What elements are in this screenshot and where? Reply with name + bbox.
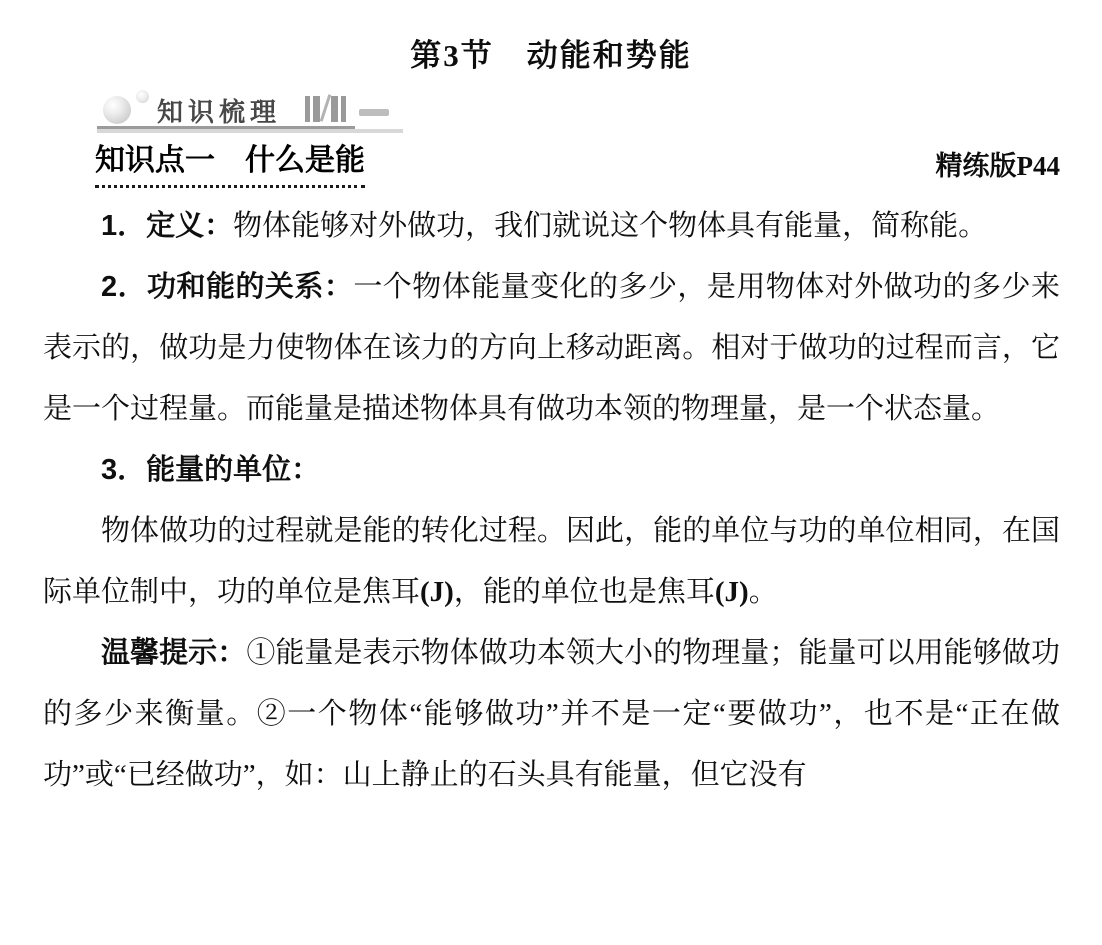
pearl-ball-icon [103,96,131,124]
book-slash [320,94,332,122]
book-bar [341,96,346,122]
paragraph: 物体做功的过程就是能的转化过程。因此，能的单位与功的单位相同，在国际单位制中，功… [43,501,1060,623]
books-icon [305,94,346,122]
body-text: 物体能够对外做功，我们就说这个物体具有能量，简称能。 [233,210,987,242]
paragraph: 3．能量的单位： [43,440,1060,501]
content: 1．定义：物体能够对外做功，我们就说这个物体具有能量，简称能。2．功和能的关系：… [43,196,1060,806]
lead-in-text: 3．能量的单位： [101,454,320,486]
lead-in-text: (J) [420,576,454,608]
paragraph: 温馨提示：①能量是表示物体做功本领大小的物理量；能量可以用能够做功的多少来衡量。… [43,623,1060,806]
book-bar [305,96,310,122]
section-heading: 知识点一 什么是能 [95,141,365,188]
lead-in-text: 温馨提示： [101,637,246,669]
body-text: 。 [749,576,778,608]
banner-dash-icon [359,109,389,116]
banner-label: 知识梳理 [157,92,281,129]
pearl-dot-icon [136,90,149,103]
book-bar [331,96,338,122]
section-heading-row: 知识点一 什么是能 精练版P44 [95,141,1060,188]
paragraph: 2．功和能的关系：一个物体能量变化的多少，是用物体对外做功的多少来表示的，做功是… [43,257,1060,440]
knowledge-banner: 知识梳理 [95,87,407,133]
lead-in-text: 1．定义： [101,210,233,242]
page-title: 第3节 动能和势能 [0,30,1102,75]
body-text: ，能的单位也是焦耳 [454,576,715,608]
lead-in-text: (J) [715,576,749,608]
banner-underline-light [97,129,403,133]
page-ref: 精练版P44 [936,148,1061,188]
document-page: 第3节 动能和势能 知识梳理 知识点一 什么是能 精练版P44 1．定义：物体能… [0,0,1102,945]
paragraph: 1．定义：物体能够对外做功，我们就说这个物体具有能量，简称能。 [43,196,1060,257]
book-bar [313,96,320,122]
lead-in-text: 2．功和能的关系： [101,271,353,303]
